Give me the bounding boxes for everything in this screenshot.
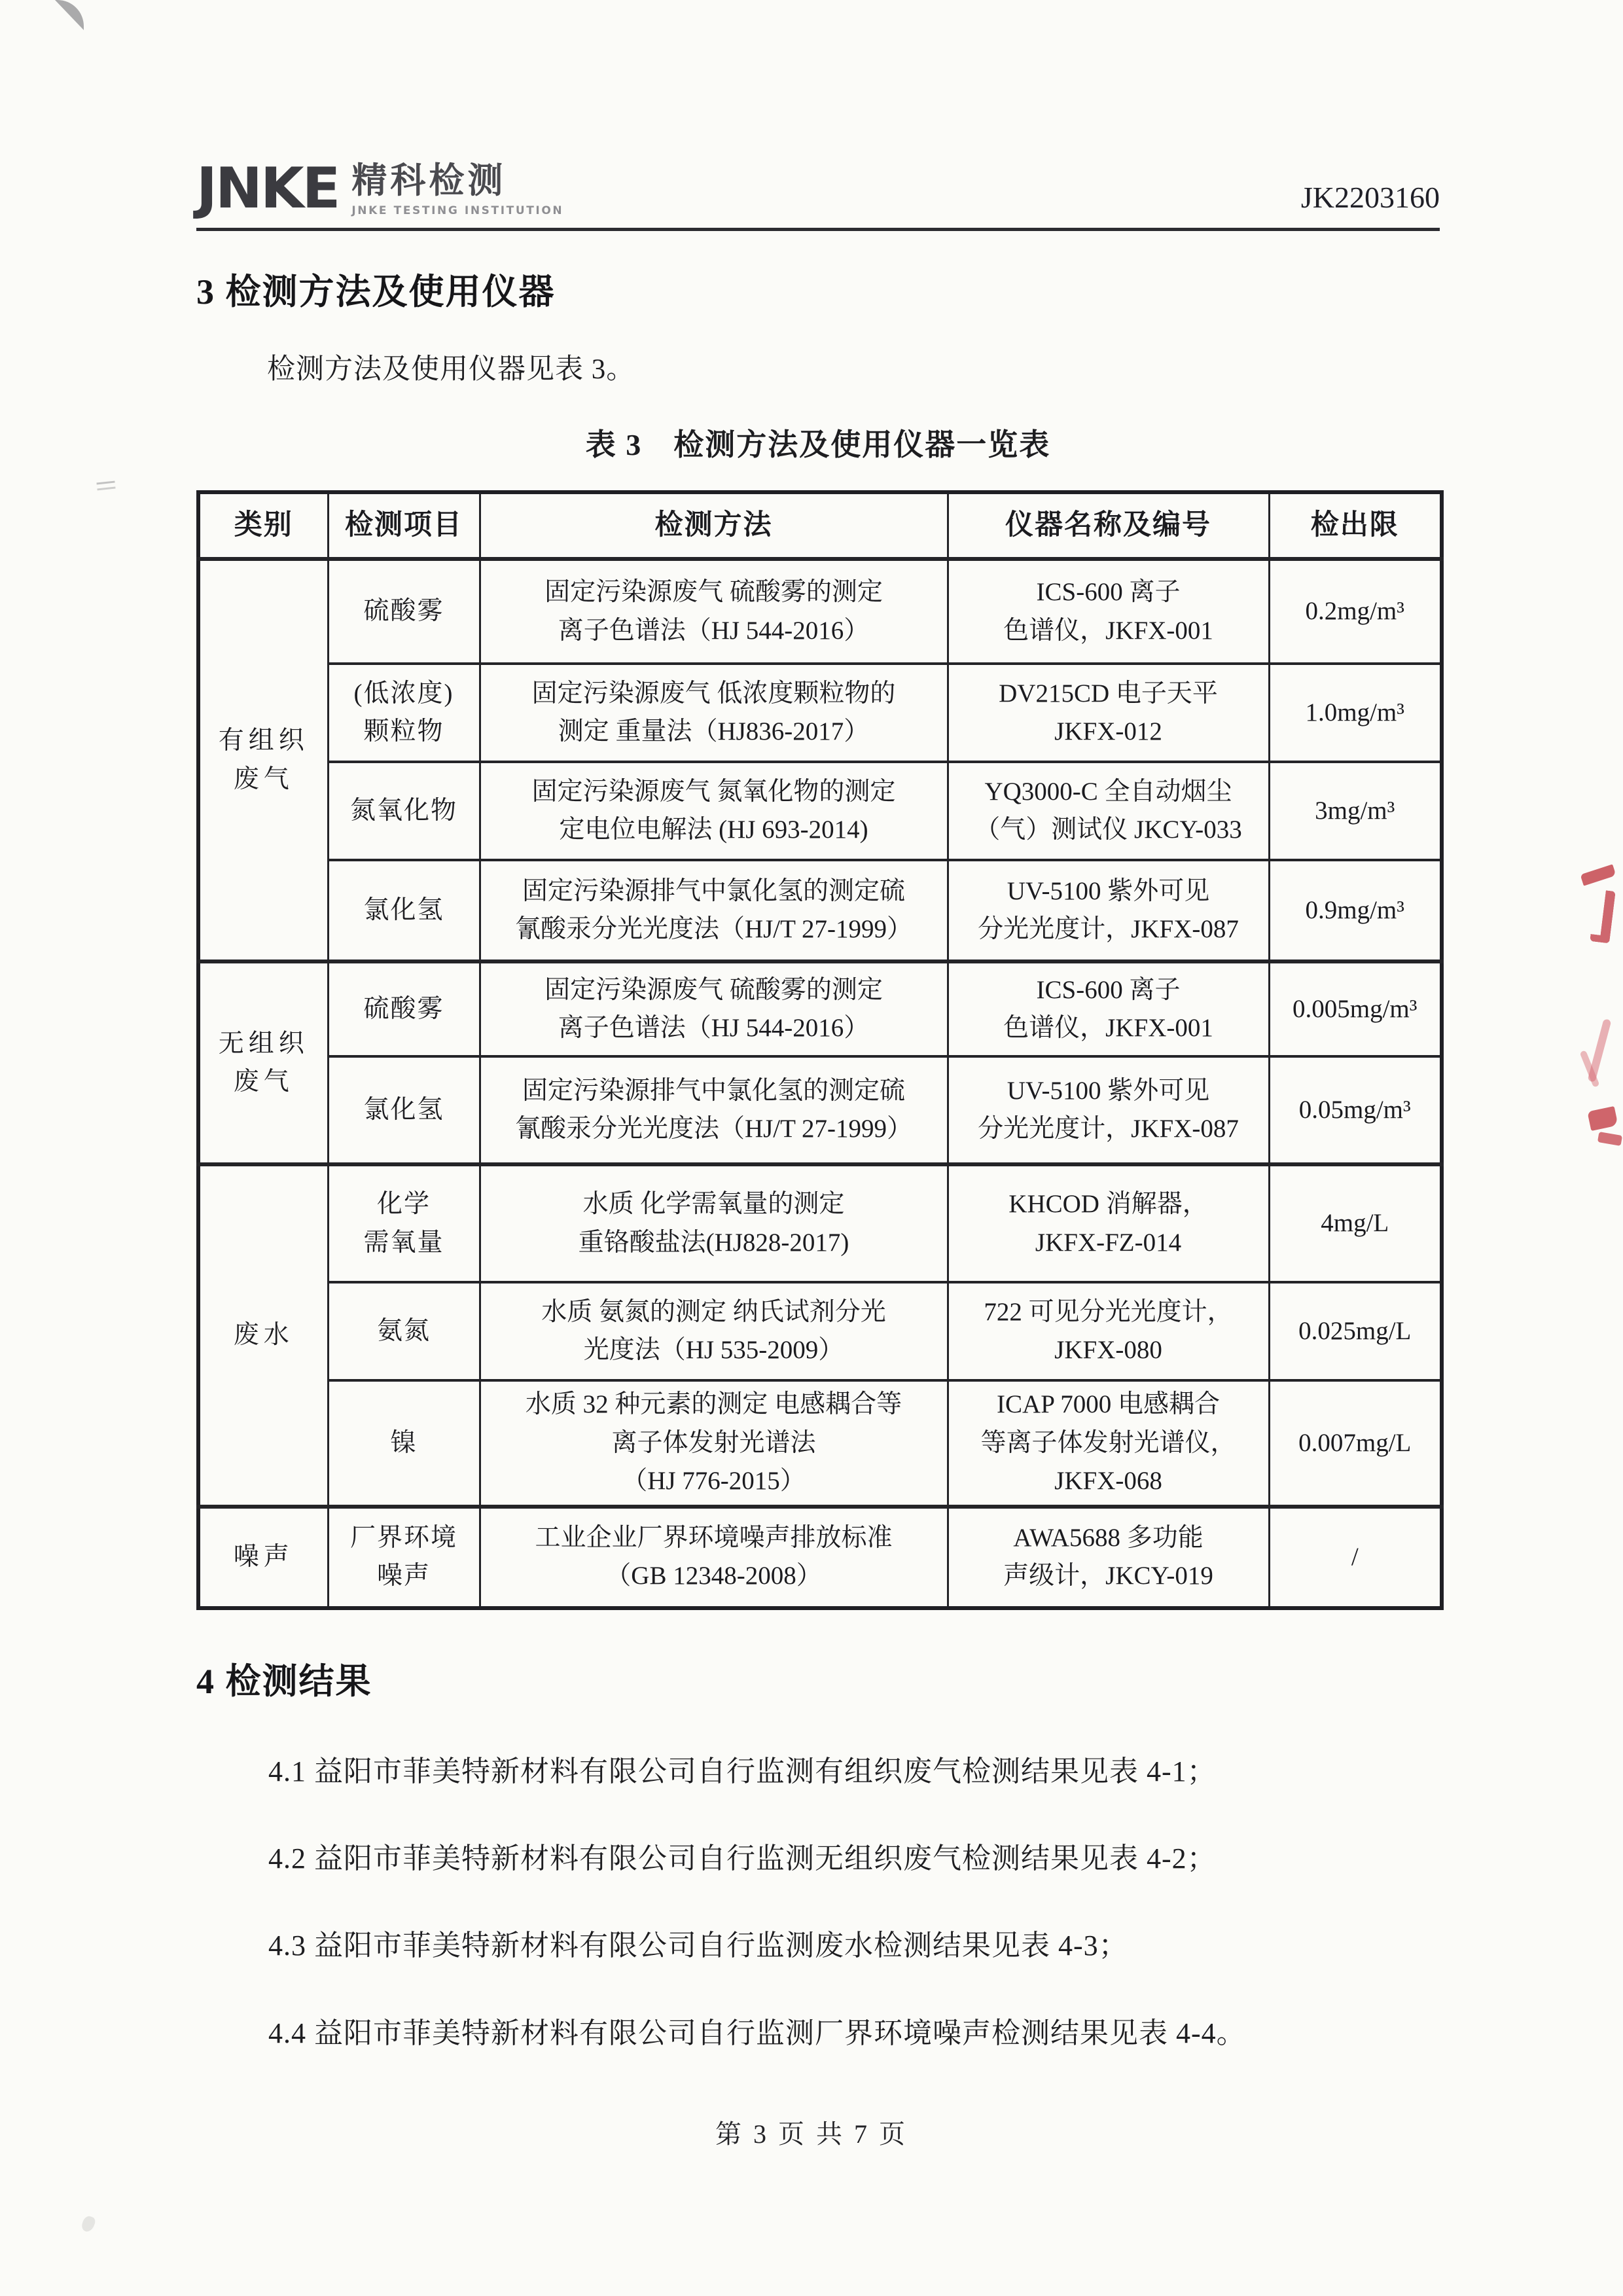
- category-cell: 有组织 废气: [198, 559, 328, 961]
- category-cell: 噪声: [198, 1507, 328, 1608]
- limit-cell: 0.05mg/m³: [1269, 1056, 1442, 1164]
- limit-cell: 1.0mg/m³: [1269, 664, 1442, 762]
- report-number: JK2203160: [1301, 180, 1440, 215]
- table-row: 氨氮 水质 氨氮的测定 纳氏试剂分光 光度法（HJ 535-2009） 722 …: [198, 1282, 1442, 1380]
- document-page: JNKE 精科检测 JNKE TESTING INSTITUTION JK220…: [0, 0, 1623, 2296]
- instrument-cell: ICAP 7000 电感耦合 等离子体发射光谱仪， JKFX-068: [948, 1380, 1269, 1507]
- limit-cell: 0.005mg/m³: [1269, 961, 1442, 1056]
- stamp-fragment: [1580, 864, 1616, 886]
- logo-brand-text: JNKE: [196, 163, 338, 215]
- method-cell: 水质 32 种元素的测定 电感耦合等 离子体发射光谱法 （HJ 776-2015…: [480, 1380, 948, 1507]
- table-row: 氯化氢 固定污染源排气中氯化氢的测定硫 氰酸汞分光光度法（HJ/T 27-199…: [198, 860, 1442, 961]
- category-cell: 无组织 废气: [198, 961, 328, 1164]
- stamp-fragment: [1590, 889, 1616, 943]
- item-cell: 硫酸雾: [328, 961, 480, 1056]
- logo-chinese-name: 精科检测: [351, 163, 563, 198]
- stamp-fragment: [1597, 1132, 1622, 1146]
- instrument-cell: UV-5100 紫外可见 分光光度计，JKFX-087: [948, 860, 1269, 961]
- result-item: 4.3 益阳市菲美特新材料有限公司自行监测废水检测结果见表 4-3；: [196, 1926, 1440, 1965]
- method-cell: 工业企业厂界环境噪声排放标准 （GB 12348-2008）: [480, 1507, 948, 1608]
- column-header-method: 检测方法: [480, 492, 948, 559]
- method-cell: 水质 氨氮的测定 纳氏试剂分光 光度法（HJ 535-2009）: [480, 1282, 948, 1380]
- limit-cell: 0.2mg/m³: [1269, 559, 1442, 664]
- limit-cell: 0.025mg/L: [1269, 1282, 1442, 1380]
- instrument-cell: ICS-600 离子 色谱仪，JKFX-001: [948, 961, 1269, 1056]
- column-header-instrument: 仪器名称及编号: [948, 492, 1269, 559]
- section4-heading: 4 检测结果: [196, 1653, 1440, 1704]
- category-cell: 废水: [198, 1164, 328, 1507]
- column-header-limit: 检出限: [1269, 492, 1442, 559]
- instrument-cell: 722 可见分光光度计， JKFX-080: [948, 1282, 1269, 1380]
- instrument-cell: UV-5100 紫外可见 分光光度计，JKFX-087: [948, 1056, 1269, 1164]
- item-cell: 化学 需氧量: [328, 1164, 480, 1282]
- table-row: 无组织 废气 硫酸雾 固定污染源废气 硫酸雾的测定 离子色谱法（HJ 544-2…: [198, 961, 1442, 1056]
- method-cell: 水质 化学需氧量的测定 重铬酸盐法(HJ828-2017): [480, 1164, 948, 1282]
- table-row: 噪声 厂界环境 噪声 工业企业厂界环境噪声排放标准 （GB 12348-2008…: [198, 1507, 1442, 1608]
- section3-intro: 检测方法及使用仪器见表 3。: [196, 347, 1440, 387]
- item-cell: 氯化氢: [328, 1056, 480, 1164]
- column-header-category: 类别: [198, 492, 328, 559]
- limit-cell: 4mg/L: [1269, 1164, 1442, 1282]
- instrument-cell: YQ3000-C 全自动烟尘 （气）测试仪 JKCY-033: [948, 762, 1269, 860]
- page-header: JNKE 精科检测 JNKE TESTING INSTITUTION JK220…: [196, 140, 1440, 217]
- stamp-fragment: [1587, 1106, 1618, 1131]
- instrument-cell: ICS-600 离子 色谱仪，JKFX-001: [948, 559, 1269, 664]
- method-cell: 固定污染源废气 氮氧化物的测定 定电位电解法 (HJ 693-2014): [480, 762, 948, 860]
- limit-cell: 0.007mg/L: [1269, 1380, 1442, 1507]
- table-row: 氮氧化物 固定污染源废气 氮氧化物的测定 定电位电解法 (HJ 693-2014…: [198, 762, 1442, 860]
- instrument-cell: KHCOD 消解器， JKFX-FZ-014: [948, 1164, 1269, 1282]
- methods-instruments-table: 类别 检测项目 检测方法 仪器名称及编号 检出限 有组织 废气 硫酸雾 固定污染…: [196, 490, 1444, 1610]
- logo-subtitle: JNKE TESTING INSTITUTION: [351, 204, 563, 217]
- item-cell: (低浓度) 颗粒物: [328, 664, 480, 762]
- method-cell: 固定污染源废气 低浓度颗粒物的 测定 重量法（HJ836-2017）: [480, 664, 948, 762]
- result-item: 4.1 益阳市菲美特新材料有限公司自行监测有组织废气检测结果见表 4-1；: [196, 1752, 1440, 1791]
- item-cell: 镍: [328, 1380, 480, 1507]
- instrument-cell: DV215CD 电子天平 JKFX-012: [948, 664, 1269, 762]
- item-cell: 氯化氢: [328, 860, 480, 961]
- logo-swoosh-icon: [55, 0, 84, 30]
- method-cell: 固定污染源排气中氯化氢的测定硫 氰酸汞分光光度法（HJ/T 27-1999）: [480, 860, 948, 961]
- item-cell: 氨氮: [328, 1282, 480, 1380]
- table-row: 废水 化学 需氧量 水质 化学需氧量的测定 重铬酸盐法(HJ828-2017) …: [198, 1164, 1442, 1282]
- section3-heading: 3 检测方法及使用仪器: [196, 264, 1440, 314]
- page-footer: 第 3 页 共 7 页: [0, 2113, 1623, 2151]
- table-row: 氯化氢 固定污染源排气中氯化氢的测定硫 氰酸汞分光光度法（HJ/T 27-199…: [198, 1056, 1442, 1164]
- header-divider: [196, 228, 1440, 231]
- table-row: 有组织 废气 硫酸雾 固定污染源废气 硫酸雾的测定 离子色谱法（HJ 544-2…: [198, 559, 1442, 664]
- method-cell: 固定污染源废气 硫酸雾的测定 离子色谱法（HJ 544-2016）: [480, 559, 948, 664]
- logo-text-block: 精科检测 JNKE TESTING INSTITUTION: [351, 163, 563, 217]
- column-header-item: 检测项目: [328, 492, 480, 559]
- table-row: 镍 水质 32 种元素的测定 电感耦合等 离子体发射光谱法 （HJ 776-20…: [198, 1380, 1442, 1507]
- limit-cell: /: [1269, 1507, 1442, 1608]
- limit-cell: 0.9mg/m³: [1269, 860, 1442, 961]
- method-cell: 固定污染源排气中氯化氢的测定硫 氰酸汞分光光度法（HJ/T 27-1999）: [480, 1056, 948, 1164]
- table-row: (低浓度) 颗粒物 固定污染源废气 低浓度颗粒物的 测定 重量法（HJ836-2…: [198, 664, 1442, 762]
- result-item: 4.2 益阳市菲美特新材料有限公司自行监测无组织废气检测结果见表 4-2；: [196, 1839, 1440, 1878]
- result-item: 4.4 益阳市菲美特新材料有限公司自行监测厂界环境噪声检测结果见表 4-4。: [196, 2014, 1440, 2053]
- scan-artifact: [96, 481, 115, 491]
- instrument-cell: AWA5688 多功能 声级计，JKCY-019: [948, 1507, 1269, 1608]
- method-cell: 固定污染源废气 硫酸雾的测定 离子色谱法（HJ 544-2016）: [480, 961, 948, 1056]
- item-cell: 硫酸雾: [328, 559, 480, 664]
- table-caption: 表 3 检测方法及使用仪器一览表: [196, 421, 1440, 464]
- limit-cell: 3mg/m³: [1269, 762, 1442, 860]
- scan-artifact: [80, 2215, 96, 2234]
- item-cell: 氮氧化物: [328, 762, 480, 860]
- company-logo: JNKE 精科检测 JNKE TESTING INSTITUTION: [196, 163, 563, 217]
- table-header-row: 类别 检测项目 检测方法 仪器名称及编号 检出限: [198, 492, 1442, 559]
- item-cell: 厂界环境 噪声: [328, 1507, 480, 1608]
